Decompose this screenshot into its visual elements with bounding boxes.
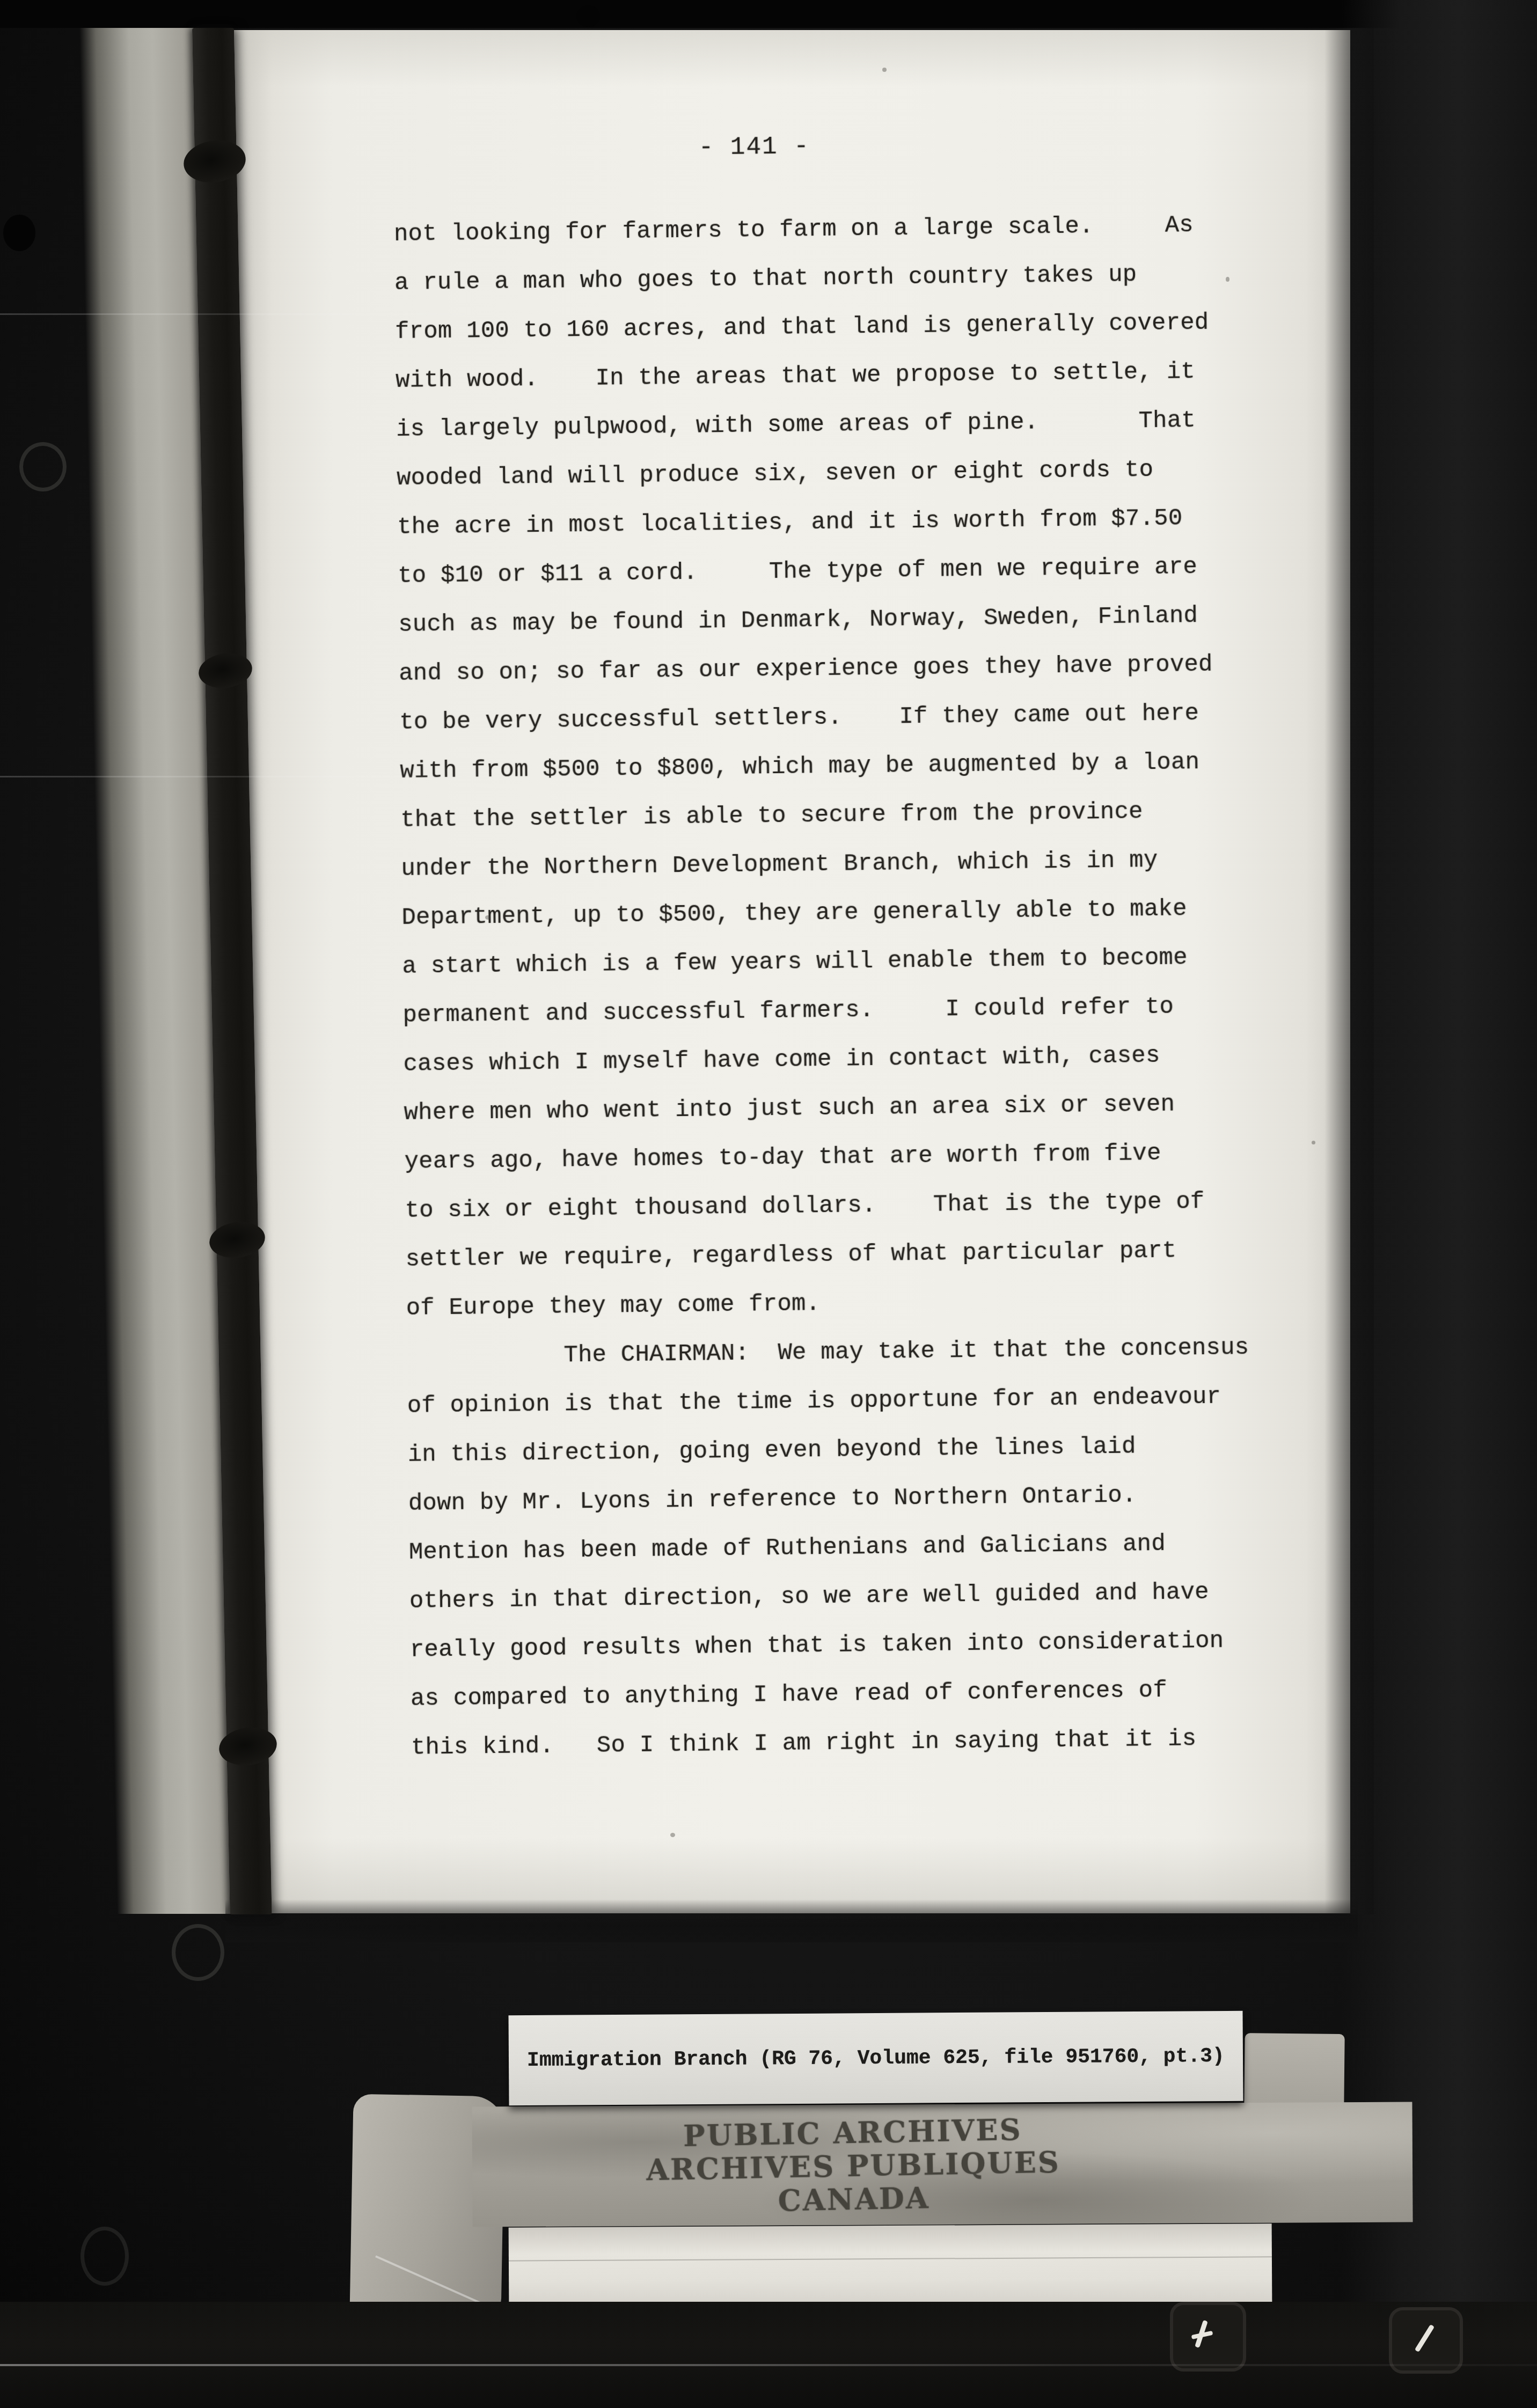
film-scratch-line [0,313,483,315]
page-body: not looking for farmers to farm on a lar… [394,201,1270,1773]
film-sprocket-hole [1170,2302,1246,2372]
paper-speck [670,1833,675,1837]
text-line: this kind. So I think I am right in sayi… [411,1714,1270,1773]
paper-band-bottom [509,2223,1272,2306]
paper-speck [485,915,491,920]
text-line: settler we require, regardless of what p… [405,1226,1264,1284]
paper-crease-line [509,2257,1272,2262]
paper-speck [1312,1141,1315,1144]
microfilm-scan: - 141 - not looking for farmers to farm … [0,0,1537,2408]
archive-reference-text: Immigration Branch (RG 76, Volume 625, f… [509,2045,1225,2072]
public-archives-stamp: PUBLIC ARCHIVESARCHIVES PUBLIQUESCANADA [599,2111,1107,2221]
paper-speck [882,68,887,72]
film-top-band [0,0,1537,28]
film-ring-mark [172,1924,224,1981]
paper-speck [1226,277,1229,282]
page-number: - 141 - [647,132,862,163]
film-scratch-line-bottom [0,2364,1537,2366]
document-page: - 141 - not looking for farmers to farm … [233,30,1350,1913]
film-scratch-line [0,776,472,777]
film-blemish-dot [576,5,600,27]
archive-reference-label: Immigration Branch (RG 76, Volume 625, f… [508,2011,1243,2105]
page-right-edge-fade [1324,28,1374,1914]
text-line: of opinion is that the time is opportune… [407,1372,1266,1431]
film-blemish-dot [3,215,35,251]
typewritten-text: - 141 - not looking for farmers to farm … [393,128,1251,137]
film-bottom-edge [0,2302,1537,2408]
film-ring-mark [19,442,67,491]
film-ring-mark [80,2227,129,2286]
page-bottom-edge-fade [225,1899,1358,1942]
sprocket-scribble-icon [1415,2324,1434,2352]
